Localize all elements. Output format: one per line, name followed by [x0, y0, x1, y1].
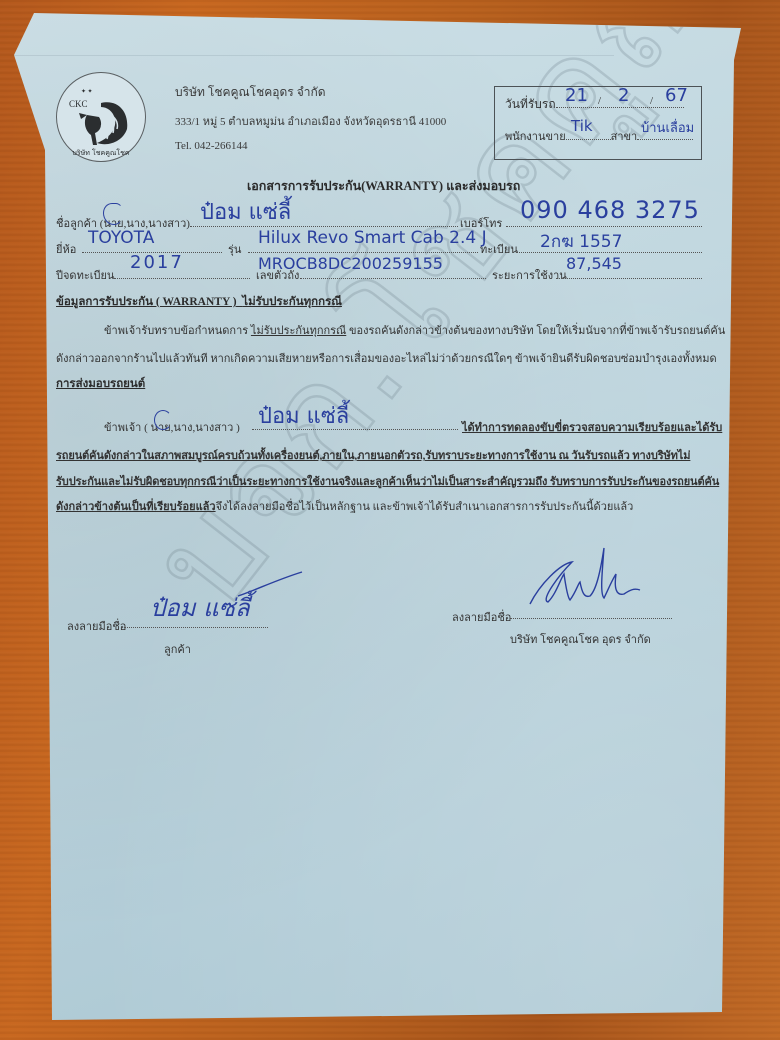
receipt-date-year: 67	[665, 85, 688, 106]
company-address: 333/1 หมู่ 5 ตำบลหมูม่น อำเภอเมือง จังหว…	[175, 112, 446, 130]
delivery-line4-emphasis: ดังกล่าวข้างต้นเป็นที่เรียบร้อยแล้ว	[56, 501, 216, 513]
brand-value: TOYOTA	[88, 228, 154, 248]
warranty-heading-part1: ข้อมูลการรับประกัน ( WARRANTY )	[56, 296, 237, 308]
receipt-info-box: วันที่รับรถ 21 / 2 / 67 พนักงานขายสาขา T…	[494, 86, 702, 160]
receipt-date-label: วันที่รับรถ	[505, 97, 556, 111]
delivery-line4-rest: จึงได้ลงลายมือชื่อไว้เป็นหลักฐาน และข้าพ…	[216, 501, 634, 513]
receipt-date-month: 2	[618, 85, 629, 106]
reg-year-field[interactable]	[114, 278, 250, 279]
company-signature	[520, 544, 650, 616]
svg-text:CKC: CKC	[69, 99, 88, 109]
company-signature-field[interactable]	[510, 618, 672, 619]
delivery-line3: รับประกันและไม่รับผิดชอบทุกกรณีว่าเป็นระ…	[56, 472, 719, 490]
reg-year-value: 2017	[130, 252, 184, 273]
warranty-text: ของรถคันดังกล่าวข้างต้นของทางบริษัท โดยใ…	[346, 325, 725, 337]
delivery-name-value: ป๋อม แซ่ลี้	[258, 398, 349, 433]
customer-signature: ป๋อม แซ่ลี้	[150, 588, 250, 627]
pegasus-logo-icon: CKC ✦ ✦ บริษัท โชคคูณโชค	[57, 73, 145, 161]
document-title: เอกสารการรับประกัน(WARRANTY) และส่งมอบรถ	[247, 176, 520, 196]
branch-label: สาขา	[611, 131, 638, 143]
mileage-field[interactable]	[556, 278, 702, 279]
chassis-value: MROCB8DC200259155	[258, 254, 443, 273]
delivery-line1-suffix: ได้ทำการทดลองขับขี่ตรวจสอบความเรียบร้อยแ…	[462, 418, 722, 436]
receipt-date-row: วันที่รับรถ	[505, 95, 684, 114]
warranty-para-line1: ข้าพเจ้ารับทราบข้อกำหนดการ ไม่รับประกันท…	[104, 321, 725, 339]
warranty-paper-sheet: บจก.โชคคูณโชค CKC ✦ ✦ บริษัท โชคคูณโชค บ…	[0, 0, 780, 1040]
company-name: บริษัท โชคคูณโชคอุดร จำกัด	[175, 83, 446, 102]
phone-value: 090 468 3275	[520, 196, 700, 224]
delivery-line4: ดังกล่าวข้างต้นเป็นที่เรียบร้อยแล้วจึงได…	[56, 497, 633, 515]
customer-signature-field[interactable]	[124, 627, 268, 628]
company-logo: CKC ✦ ✦ บริษัท โชคคูณโชค	[56, 72, 146, 162]
warranty-text: ข้าพเจ้ารับทราบข้อกำหนดการ	[104, 325, 251, 337]
branch-value: บ้านเลื่อม	[641, 117, 694, 138]
warranty-para-line2: ดังกล่าวออกจากร้านไปแล้วทันที หากเกิดควา…	[56, 349, 717, 367]
phone-field[interactable]	[506, 226, 702, 227]
company-info: บริษัท โชคคูณโชคอุดร จำกัด 333/1 หมู่ 5 …	[175, 83, 446, 162]
date-separator: /	[598, 95, 601, 107]
customer-signature-label: ลงลายมือชื่อ	[67, 617, 126, 635]
model-field[interactable]	[248, 252, 478, 253]
customer-caption: ลูกค้า	[164, 640, 191, 658]
model-label: รุ่น	[228, 240, 241, 258]
warranty-heading-part2: ไม่รับประกันทุกกรณี	[242, 296, 342, 308]
model-value: Hilux Revo Smart Cab 2.4 J	[258, 228, 487, 248]
delivery-heading: การส่งมอบรถยนต์	[56, 375, 145, 393]
company-caption: บริษัท โชคคูณโชค อุดร จำกัด	[510, 630, 651, 648]
mileage-label: ระยะการใช้งาน	[492, 266, 567, 284]
document-content: CKC ✦ ✦ บริษัท โชคคูณโชค บริษัท โชคคูณโช…	[0, 0, 780, 1040]
company-phone: Tel. 042-266144	[175, 140, 446, 152]
circled-title-mark	[103, 203, 123, 225]
reg-year-label: ปีจดทะเบียน	[56, 266, 114, 284]
sales-value: Tik	[571, 117, 593, 135]
plate-value: 2กฆ 1557	[540, 228, 622, 255]
brand-label: ยี่ห้อ	[56, 240, 76, 258]
svg-text:บริษัท โชคคูณโชค: บริษัท โชคคูณโชค	[72, 148, 130, 157]
signature-flourish-icon	[236, 570, 306, 600]
delivery-line2: รถยนต์คันดังกล่าวในสภาพสมบูรณ์ครบถ้วนทั้…	[56, 446, 690, 464]
svg-text:✦ ✦: ✦ ✦	[81, 88, 93, 95]
mileage-value: 87,545	[566, 254, 622, 273]
date-separator: /	[650, 95, 653, 107]
company-signature-label: ลงลายมือชื่อ	[452, 608, 511, 626]
sales-label: พนักงานขาย	[505, 131, 566, 143]
receipt-date-day: 21	[565, 85, 588, 106]
plate-label: ทะเบียน	[480, 240, 518, 258]
customer-name-value: ป๋อม แซ่ลี้	[200, 194, 291, 229]
no-warranty-emphasis: ไม่รับประกันทุกกรณี	[251, 325, 346, 337]
warranty-heading: ข้อมูลการรับประกัน ( WARRANTY ) ไม่รับปร…	[56, 293, 342, 311]
chassis-field[interactable]	[300, 278, 486, 279]
circled-title-mark	[154, 410, 172, 430]
